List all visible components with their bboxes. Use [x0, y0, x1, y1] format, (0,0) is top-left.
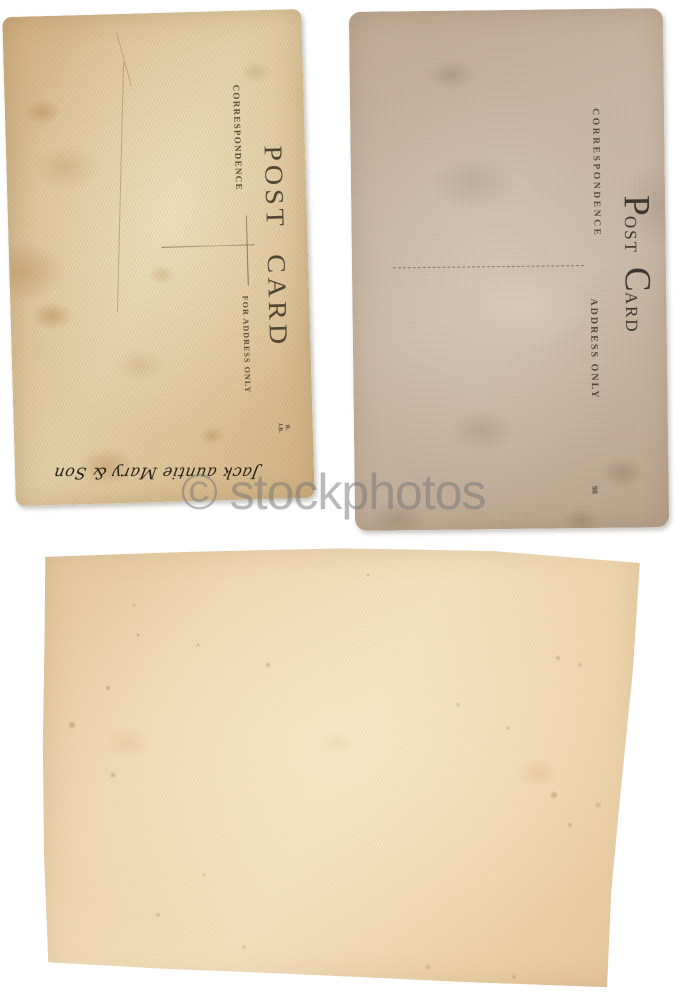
correspondence-label: CORRESPONDENCE — [231, 85, 244, 191]
address-only-label: ADDRESS ONLY — [588, 298, 600, 399]
address-divider-line — [162, 244, 255, 248]
title-initial: P — [616, 195, 657, 216]
address-divider-line — [246, 216, 249, 286]
stock-photo-scene: CORRESPONDENCE POST CARD FOR ADDRESS ONL… — [0, 0, 684, 1000]
printer-mark-line: J.B. — [276, 423, 283, 433]
for-address-only-label: FOR ADDRESS ONLY — [241, 296, 253, 394]
paper-scratch — [116, 33, 132, 86]
handwritten-note: Jack auntie Mary & Son — [52, 463, 260, 482]
postcard-back-left: CORRESPONDENCE POST CARD FOR ADDRESS ONL… — [2, 9, 315, 506]
foxing-spots — [38, 543, 644, 989]
printer-mark: B. J.B. — [276, 422, 290, 432]
address-divider-line — [393, 265, 584, 268]
correspondence-label: CORRESPONDENCE — [590, 108, 602, 237]
title-initial: C — [616, 267, 657, 292]
postcard-back-bottom-blank — [38, 543, 644, 989]
title-rest: ARD — [622, 292, 642, 334]
paper-crease — [117, 62, 124, 312]
postcard-back-right: CORRESPONDENCE POSTCARD ADDRESS ONLY 98 — [349, 8, 669, 531]
plate-number: 98 — [590, 486, 599, 494]
paper-weave-texture — [38, 543, 644, 989]
post-card-title: POSTCARD — [615, 195, 660, 334]
printer-mark-line: B. — [283, 422, 290, 432]
post-card-title: POST CARD — [257, 145, 292, 349]
title-rest: OST — [621, 216, 640, 254]
